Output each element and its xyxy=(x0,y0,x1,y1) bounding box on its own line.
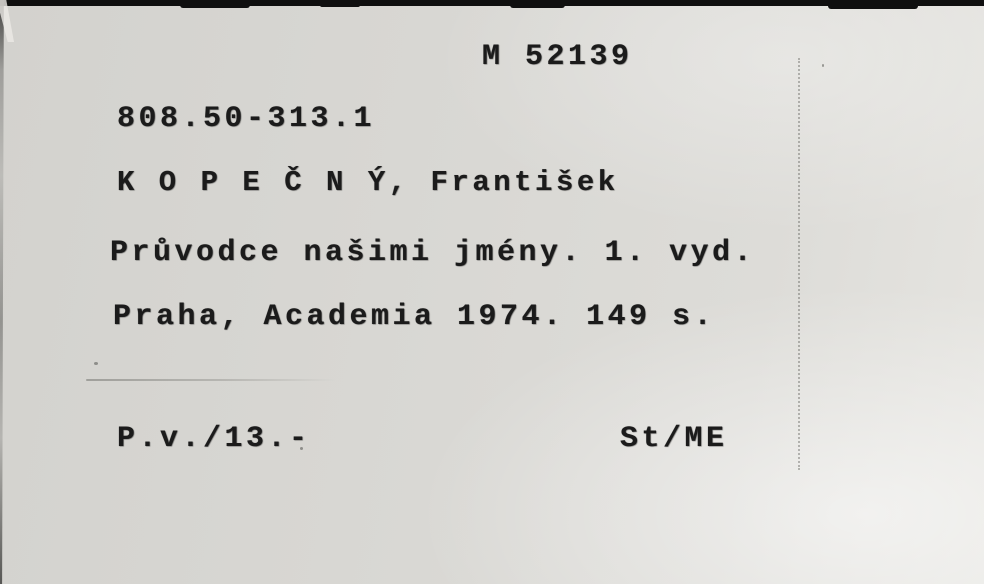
price-notation: P.v./13.- xyxy=(117,424,311,454)
ink-speck xyxy=(822,64,824,67)
scan-edge-artifact xyxy=(320,5,360,7)
scan-edge-artifact xyxy=(828,5,918,9)
cataloger-initials: St/ME xyxy=(620,424,728,454)
scan-edge-artifact xyxy=(180,5,250,8)
card-crease-line xyxy=(798,58,800,470)
catalog-card: M 52139 808.50-313.1 K O P E Č N Ý, Fran… xyxy=(0,0,984,584)
ink-speck xyxy=(94,362,98,365)
scan-edge-artifact xyxy=(510,5,565,8)
accession-number: M 52139 xyxy=(482,42,633,72)
classification-number: 808.50-313.1 xyxy=(117,104,375,134)
title-statement: Průvodce našimi jmény. 1. vyd. xyxy=(110,238,755,268)
scratch-mark xyxy=(86,379,336,381)
scan-left-edge xyxy=(0,0,7,584)
author-heading: K O P E Č N Ý, František xyxy=(117,168,619,197)
imprint-statement: Praha, Academia 1974. 149 s. xyxy=(113,302,715,332)
